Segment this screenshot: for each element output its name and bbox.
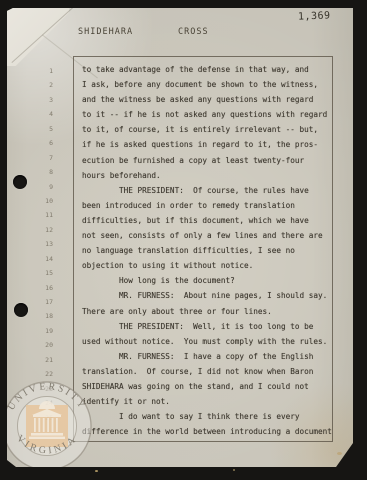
line-number: 13 [27, 240, 53, 254]
dust-speck [95, 470, 98, 472]
line-number: 20 [27, 341, 53, 355]
header-witness-name: SHIDEHARA [78, 27, 133, 37]
header-examination-type: CROSS [178, 27, 209, 37]
transcript-line: difficulties, but if this document, whic… [82, 213, 328, 228]
line-number: 7 [27, 154, 53, 168]
transcript-line: been introduced in order to remedy trans… [82, 198, 328, 213]
line-number: 9 [27, 183, 53, 197]
transcript-line: SHIDEHARA was going on the stand, and I … [82, 379, 328, 394]
transcript-line: I ask, before any document be shown to t… [82, 77, 328, 92]
line-number: 3 [27, 96, 53, 110]
line-number: 12 [27, 226, 53, 240]
transcript-line: to it, of course, it is entirely irrelev… [82, 122, 328, 137]
line-number: 10 [27, 197, 53, 211]
page-number: 1,369 [298, 10, 331, 22]
line-number: 5 [27, 125, 53, 139]
transcript-line: if he is asked questions in regard to it… [82, 137, 328, 152]
transcript-line: THE PRESIDENT: Of course, the rules have [82, 183, 328, 198]
transcript-line: THE PRESIDENT: Well, it is too long to b… [82, 319, 328, 334]
scan-background: { "page_number": "1,369", "header": { "w… [0, 0, 367, 480]
transcript-line: I do want to say I think there is every [82, 409, 328, 424]
folded-corner [7, 8, 69, 66]
transcript-line: hours beforehand. [82, 168, 328, 183]
line-number: 15 [27, 269, 53, 283]
line-number: 2 [27, 81, 53, 95]
line-number: 8 [27, 168, 53, 182]
university-of-virginia-watermark-seal: UNIVERSITY VIRGINIA [7, 374, 99, 467]
paper-stain [337, 452, 342, 455]
punch-hole-top [13, 175, 27, 189]
transcript-line: not seen, consists of only a few lines a… [82, 228, 328, 243]
transcript-line: to take advantage of the defense in that… [82, 62, 328, 77]
transcript-lines: to take advantage of the defense in that… [82, 62, 328, 439]
line-number: 21 [27, 356, 53, 370]
transcript-line: and the witness be asked any questions w… [82, 92, 328, 107]
line-number: 11 [27, 211, 53, 225]
line-number: 14 [27, 255, 53, 269]
line-number: 16 [27, 284, 53, 298]
transcript-line: to it -- if he is not asked any question… [82, 107, 328, 122]
transcript-line: identify it or not. [82, 394, 328, 409]
transcript-line: ecution be furnished a copy at least twe… [82, 153, 328, 168]
line-number: 19 [27, 327, 53, 341]
transcript-line: MR. FURNESS: About nine pages, I should … [82, 288, 328, 303]
transcript-line: There are only about three or four lines… [82, 304, 328, 319]
transcript-line: no language translation difficulties, I … [82, 243, 328, 258]
transcript-text-box: to take advantage of the defense in that… [73, 56, 333, 442]
line-number: 1 [27, 67, 53, 81]
transcript-line: difference in the world between introduc… [82, 424, 328, 439]
line-number: 18 [27, 312, 53, 326]
line-number: 17 [27, 298, 53, 312]
transcript-line: How long is the document? [82, 273, 328, 288]
punch-hole-bottom [14, 303, 28, 317]
dust-speck [233, 469, 235, 471]
line-number: 4 [27, 110, 53, 124]
transcript-page: 1,369 SHIDEHARA CROSS 123456789101112131… [7, 8, 353, 467]
line-number: 6 [27, 139, 53, 153]
transcript-line: translation. Of course, I did not know w… [82, 364, 328, 379]
transcript-line: MR. FURNESS: I have a copy of the Englis… [82, 349, 328, 364]
transcript-line: used without notice. You must comply wit… [82, 334, 328, 349]
transcript-line: objection to using it without notice. [82, 258, 328, 273]
